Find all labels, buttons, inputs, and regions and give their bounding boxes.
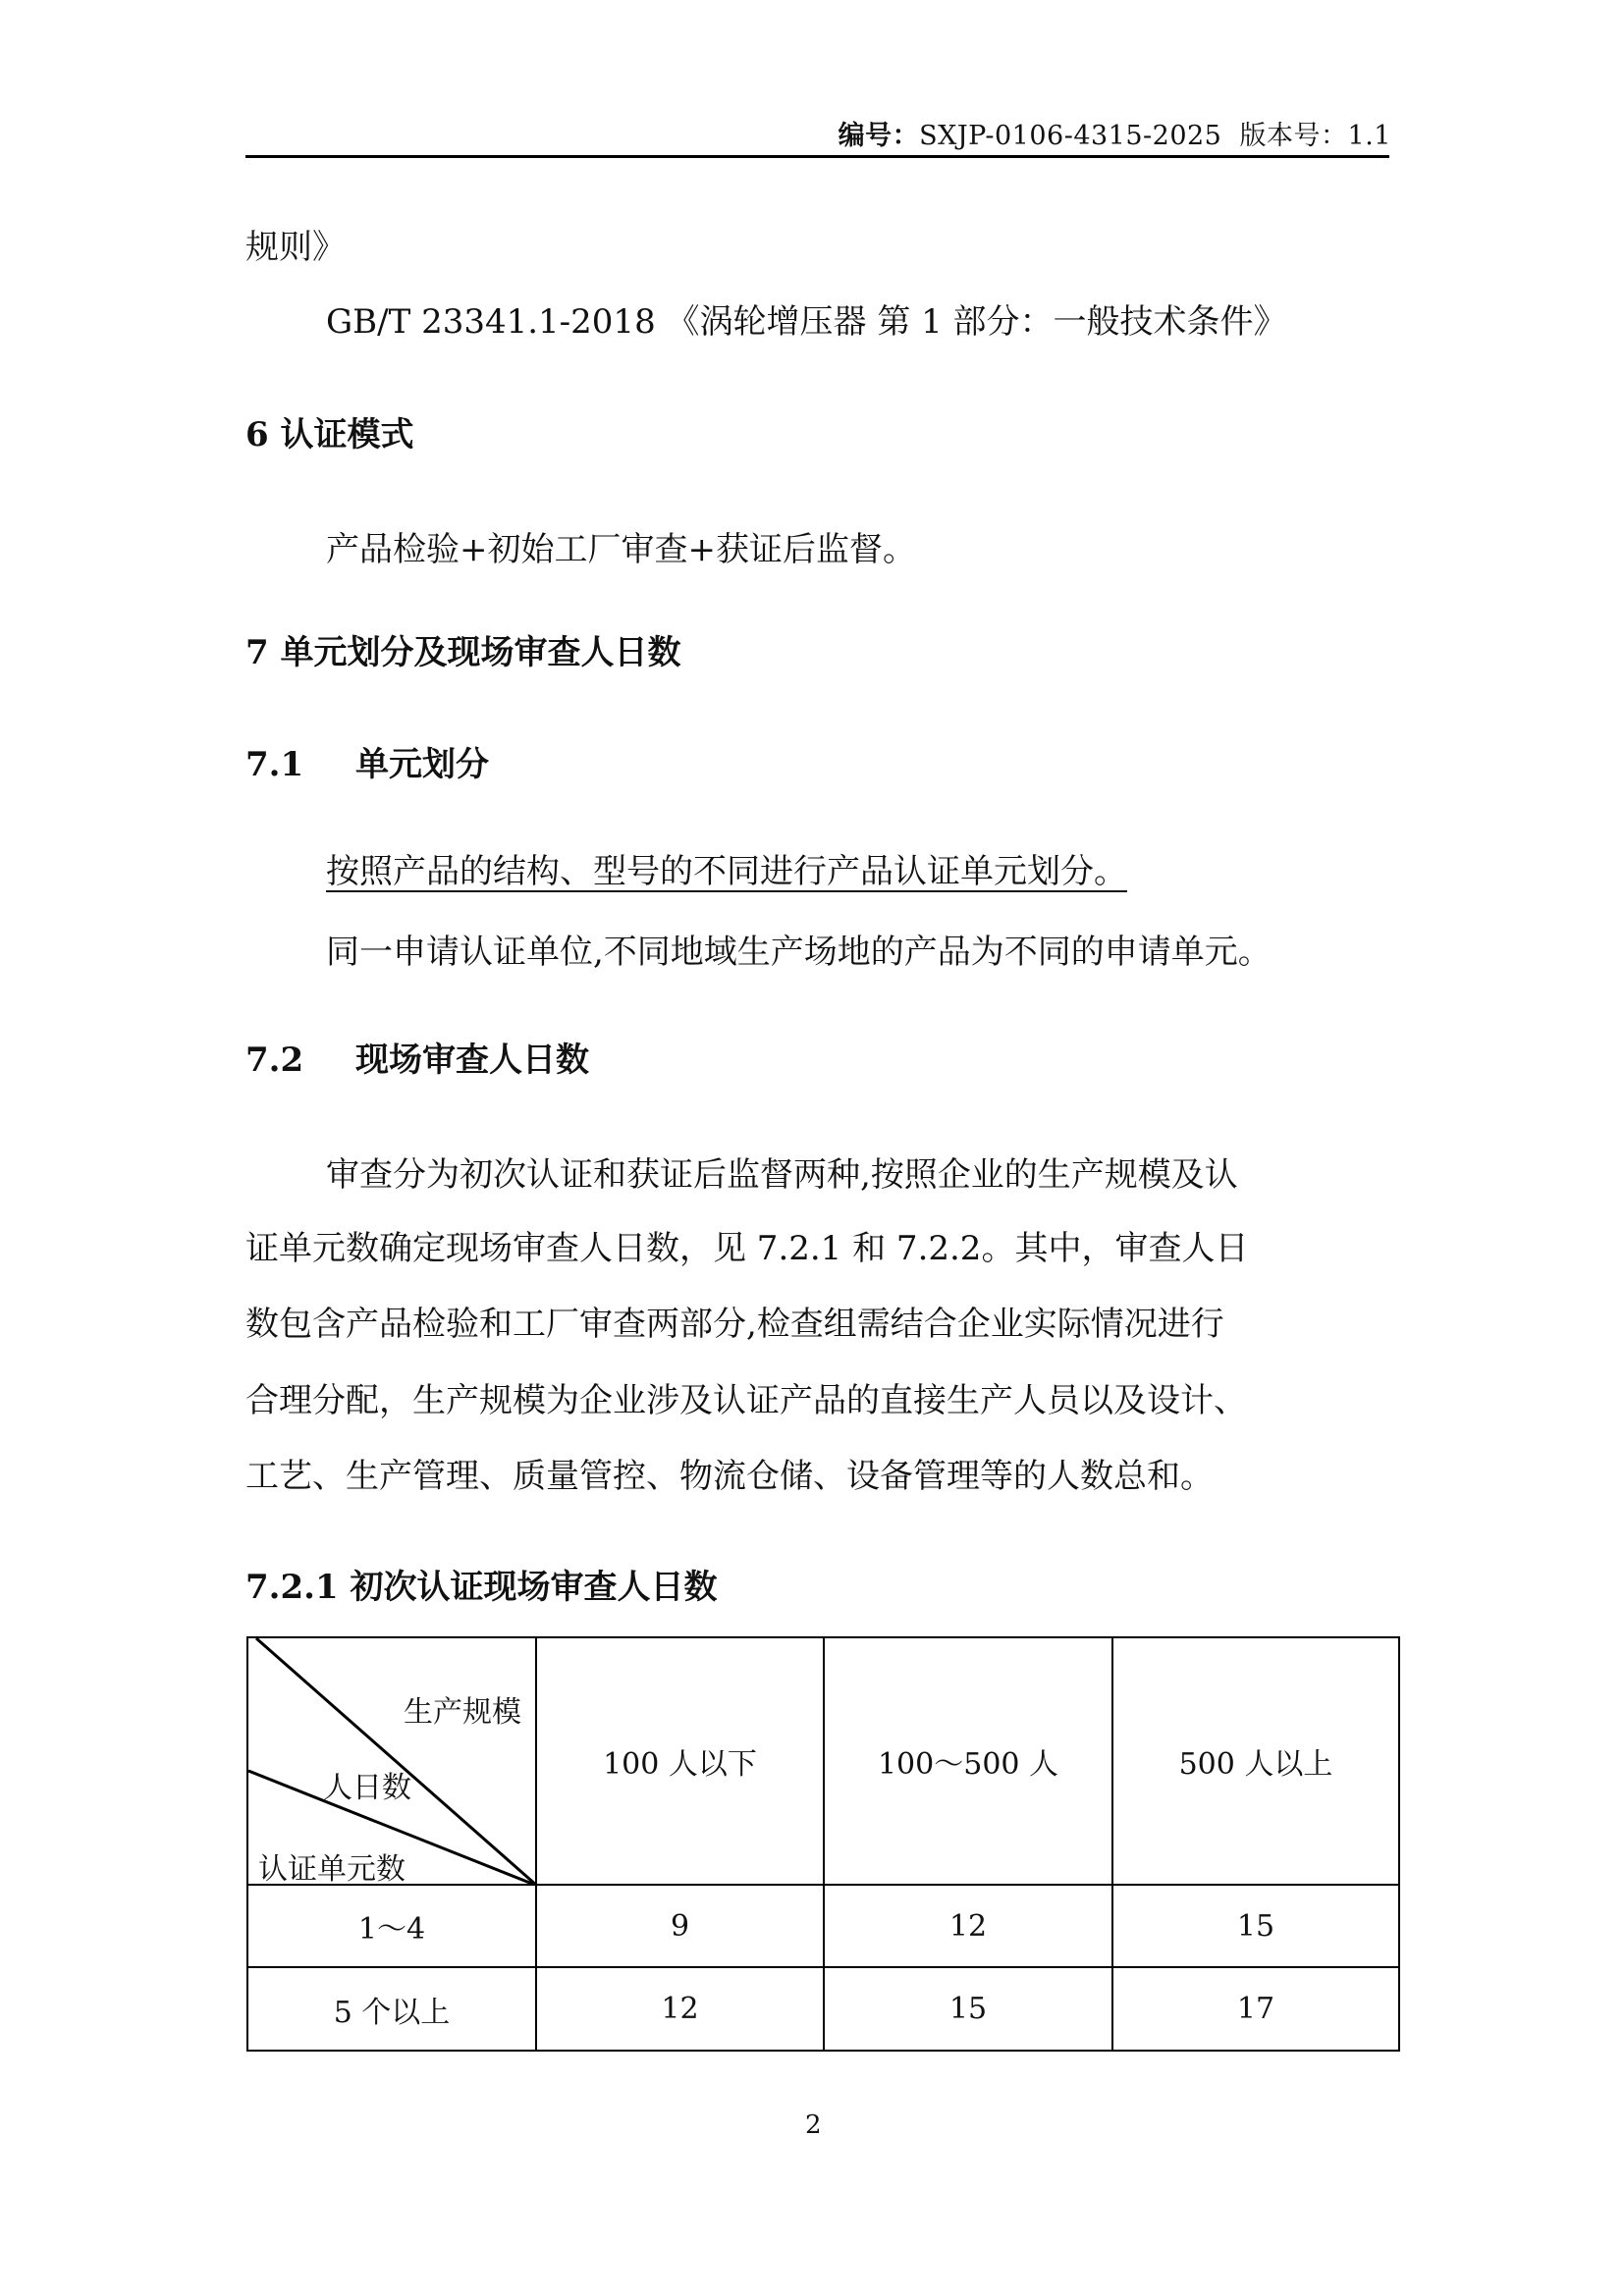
section-number: 7.1 [245, 745, 355, 784]
section-7-2-line: 工艺、生产管理、质量管控、物流仓储、设备管理等的人数总和。 [245, 1457, 1214, 1496]
section-7-1-para-1: 按照产品的结构、型号的不同进行产品认证单元划分。 [326, 852, 1127, 891]
doc-code-label: 编号： [839, 121, 920, 151]
section-7-2-line: 证单元数确定现场审查人日数，见 7.2.1 和 7.2.2。其中，审查人日 [245, 1229, 1248, 1268]
section-6-heading: 6 认证模式 [245, 415, 414, 454]
diagonal-corner-cell: 生产规模 人日数 认证单元数 [247, 1637, 536, 1885]
section-7-2-line: 合理分配，生产规模为企业涉及认证产品的直接生产人员以及设计、 [245, 1381, 1247, 1420]
continuation-text: 规则》 [245, 228, 346, 267]
column-header: 100～500 人 [824, 1637, 1112, 1885]
section-7-2-line: 数包含产品检验和工厂审查两部分,检查组需结合企业实际情况进行 [245, 1305, 1224, 1344]
section-title: 单元划分 [355, 745, 489, 784]
version-label: 版本号： [1240, 121, 1348, 151]
row-label: 1～4 [247, 1885, 536, 1967]
section-number: 7.2 [245, 1041, 355, 1080]
column-header: 100 人以下 [536, 1637, 824, 1885]
section-7-1-heading: 7.1单元划分 [245, 745, 489, 784]
document-header: 编号：SXJP-0106-4315-2025 版本号：1.1 [839, 114, 1391, 152]
table-cell: 12 [536, 1967, 824, 2051]
table-cell: 9 [536, 1885, 824, 1967]
standard-reference: GB/T 23341.1-2018 《涡轮增压器 第 1 部分：一般技术条件》 [326, 302, 1287, 342]
table-cell: 12 [824, 1885, 1112, 1967]
table-cell: 15 [1112, 1885, 1399, 1967]
doc-code-value: SXJP-0106-4315-2025 [919, 121, 1221, 151]
page-number: 2 [805, 2110, 822, 2140]
table-row: 5 个以上 12 15 17 [247, 1967, 1399, 2051]
table-row: 1～4 9 12 15 [247, 1885, 1399, 1967]
table-cell: 15 [824, 1967, 1112, 2051]
corner-label-scale: 生产规模 [404, 1687, 521, 1731]
section-7-heading: 7 单元划分及现场审查人日数 [245, 633, 681, 672]
section-title: 现场审查人日数 [355, 1041, 589, 1080]
corner-label-units: 认证单元数 [258, 1844, 406, 1888]
column-header: 500 人以上 [1112, 1637, 1399, 1885]
section-7-1-para-2: 同一申请认证单位,不同地域生产场地的产品为不同的申请单元。 [326, 933, 1272, 972]
version-value: 1.1 [1348, 121, 1391, 151]
section-7-2-line: 审查分为初次认证和获证后监督两种,按照企业的生产规模及认 [326, 1155, 1238, 1195]
section-7-2-heading: 7.2现场审查人日数 [245, 1041, 589, 1080]
row-label: 5 个以上 [247, 1967, 536, 2051]
audit-days-table: 生产规模 人日数 认证单元数 100 人以下 100～500 人 500 人以上… [246, 1636, 1400, 2052]
section-7-2-1-heading: 7.2.1 初次认证现场审查人日数 [245, 1568, 717, 1607]
table-header-row: 生产规模 人日数 认证单元数 100 人以下 100～500 人 500 人以上 [247, 1637, 1399, 1885]
header-rule [245, 155, 1389, 158]
table-cell: 17 [1112, 1967, 1399, 2051]
section-6-text: 产品检验+初始工厂审查+获证后监督。 [326, 530, 916, 569]
corner-label-days: 人日数 [323, 1763, 411, 1806]
